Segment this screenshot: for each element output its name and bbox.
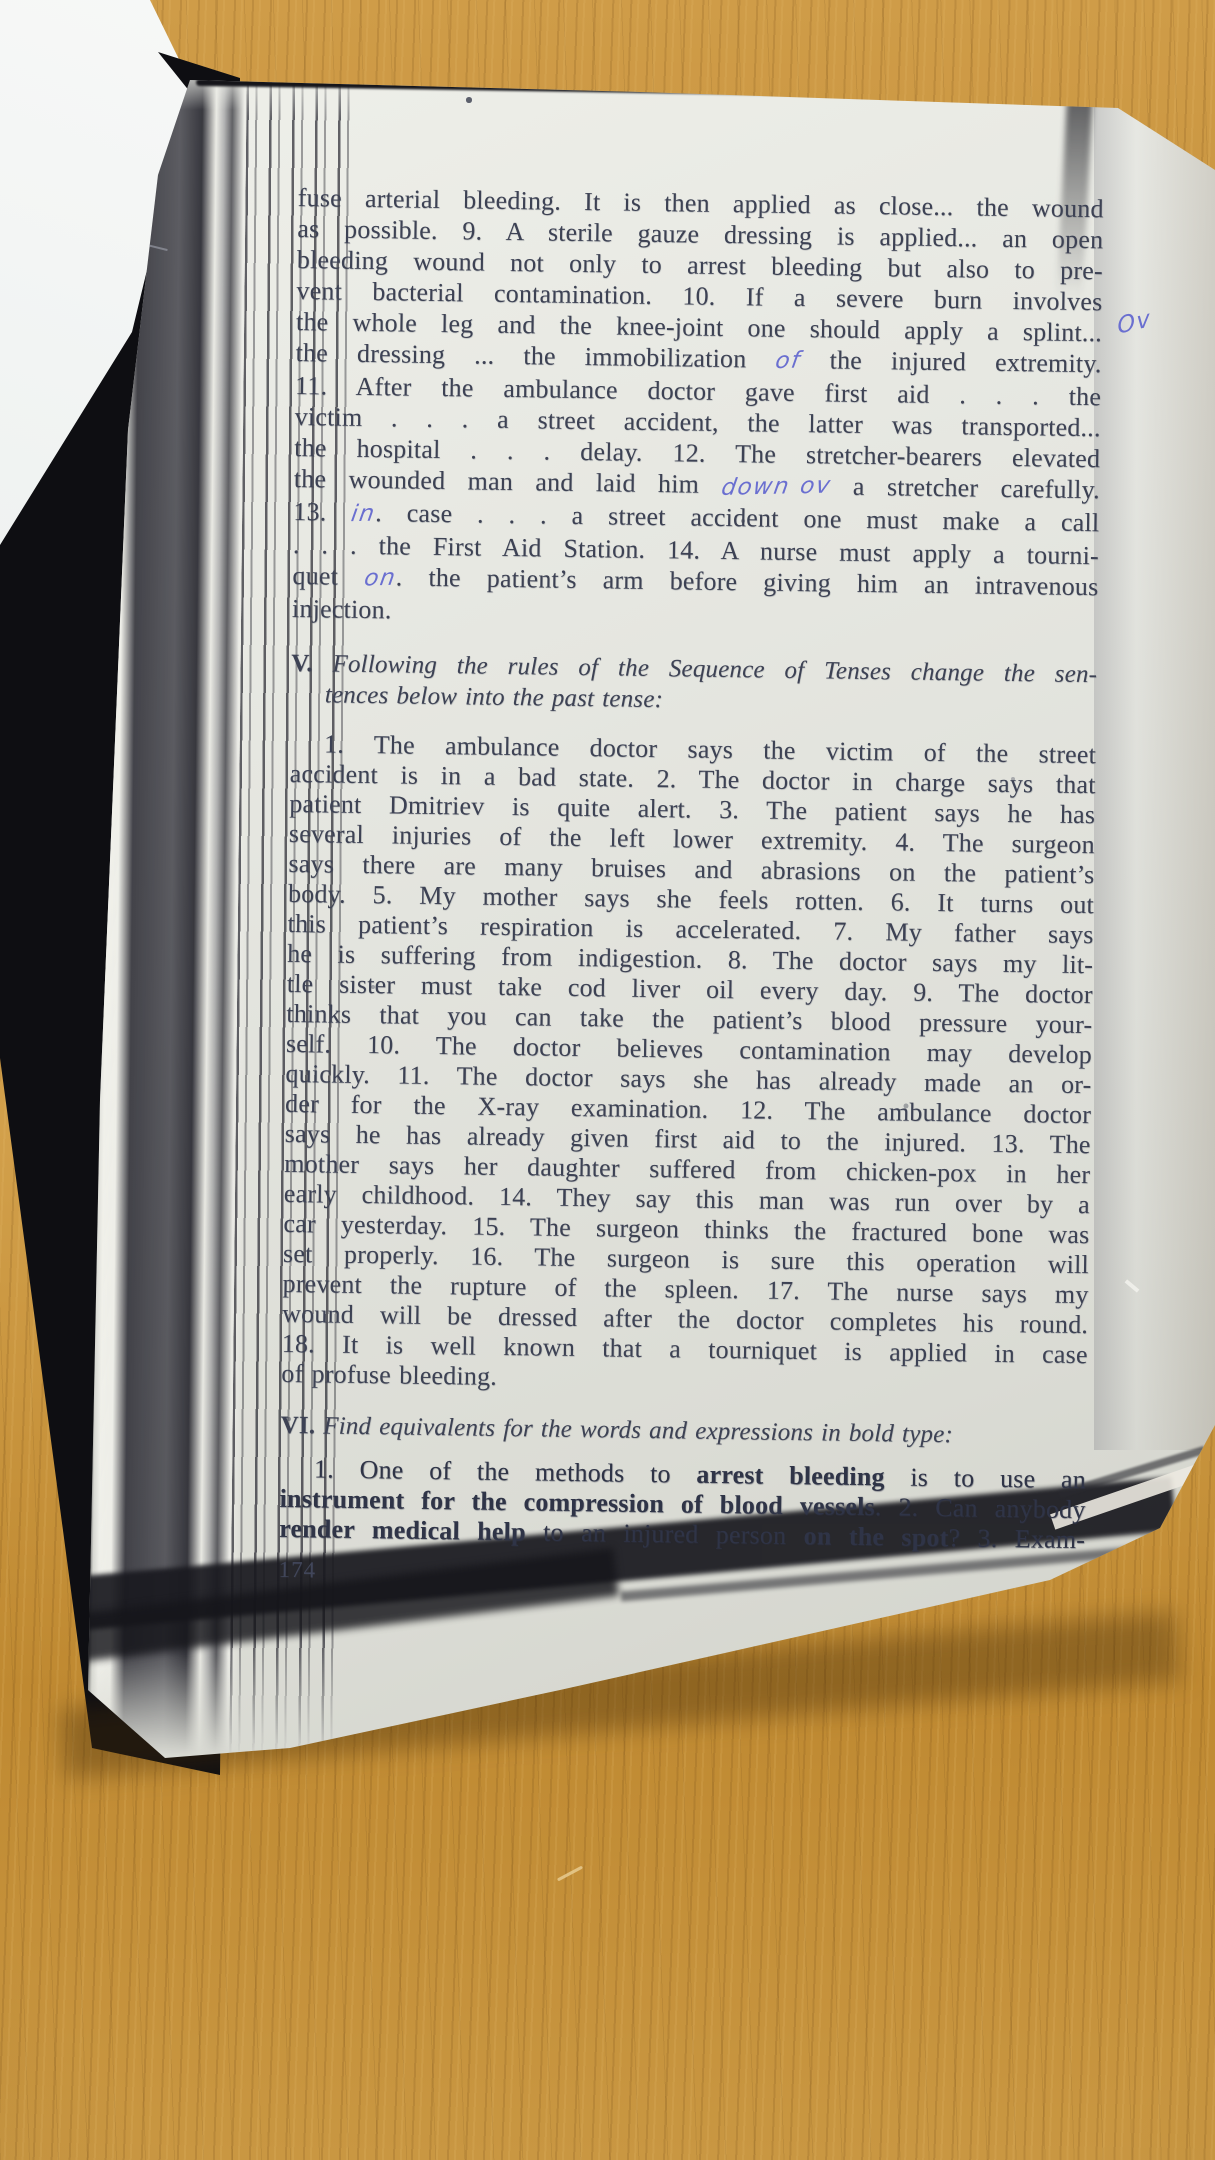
printed-text: render medical help (279, 1514, 526, 1546)
printed-text: . 2. Can anybody (875, 1492, 1086, 1524)
printed-text: 13. (293, 497, 351, 527)
printed-text: quet (292, 561, 364, 591)
handwritten-note: down ov (719, 471, 834, 504)
paragraph-exercise-5-sentences: 1. The ambulance doctor says the victim … (281, 729, 1096, 1400)
printed-text: Find equivalents for the words and expre… (323, 1412, 953, 1448)
printed-text: of profuse bleeding. (281, 1359, 497, 1391)
heading-exercise-6: VI. Find equivalents for the words and e… (280, 1410, 1086, 1452)
printed-text: the wounded man and laid him (294, 464, 722, 499)
table-scratch (557, 1866, 583, 1882)
printed-text: VI. (280, 1412, 323, 1440)
printed-text: tences below into the past tense: (325, 681, 664, 713)
printed-text: 174 (278, 1557, 316, 1583)
handwritten-note: on (362, 563, 399, 595)
page-text: fuse arterial bleeding. It is then appli… (278, 182, 1104, 1596)
printed-text: the injured extremity. (800, 345, 1101, 378)
printed-text: to an injured person (526, 1517, 804, 1550)
printed-text: arrest bleeding (696, 1460, 885, 1492)
printed-text: ? 3. Exam- (948, 1523, 1085, 1554)
text-line: VI. Find equivalents for the words and e… (280, 1410, 1086, 1452)
paragraph-exercise-4-fill-in-continuation: fuse arterial bleeding. It is then appli… (292, 182, 1104, 635)
printed-text: is to use an (884, 1462, 1086, 1494)
page-right-shading (1094, 100, 1215, 1450)
printed-text: on the spot (803, 1521, 948, 1552)
printed-text: injection. (292, 594, 392, 624)
printed-text: 1. One of the methods to (314, 1454, 697, 1488)
handwritten-note: of (773, 346, 803, 377)
printed-text: the dressing ... the immobilization (295, 338, 775, 374)
heading-exercise-5: V. Following the rules of the Sequence o… (291, 648, 1098, 721)
printed-text: V. (291, 650, 333, 678)
printed-text: a stretcher carefully. (830, 471, 1100, 504)
book-page-photo: fuse arterial bleeding. It is then appli… (0, 0, 1215, 2160)
handwritten-note: in (349, 499, 378, 530)
paragraph-exercise-6-sentences: 1. One of the methods to arrest bleeding… (279, 1454, 1086, 1555)
